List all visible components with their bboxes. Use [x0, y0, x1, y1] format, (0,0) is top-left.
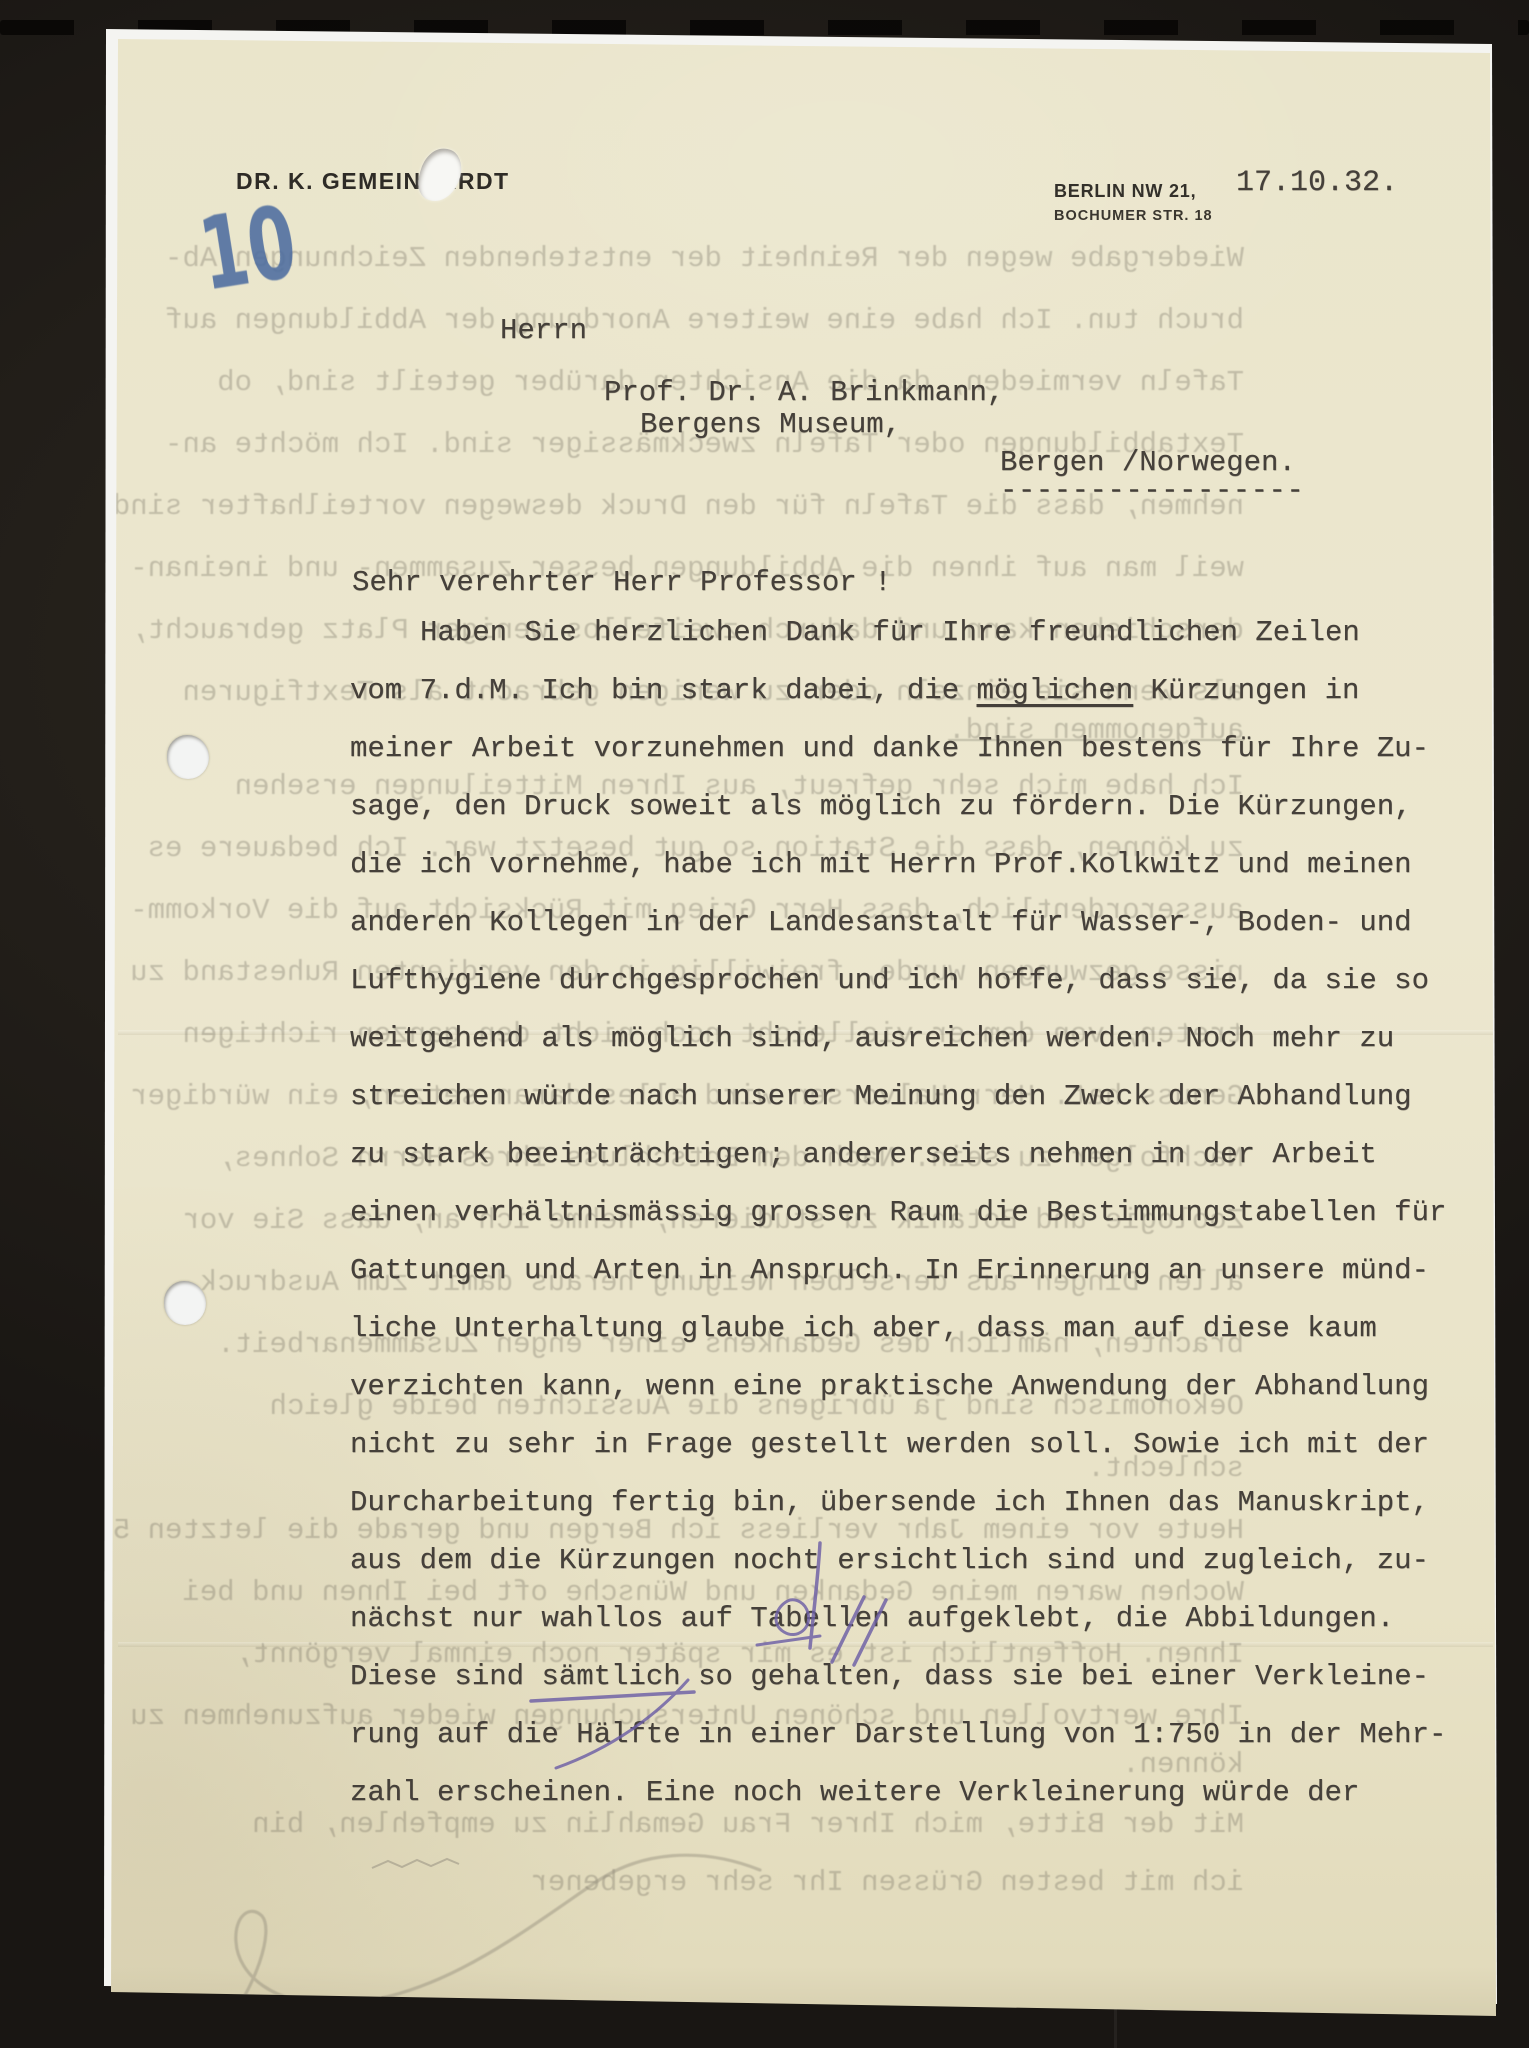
bleedthrough-line: ich mit besten Grüssen Ihr sehr ergebene…	[140, 1866, 1244, 1899]
body-line: nicht zu sehr in Frage gestellt werden s…	[350, 1416, 1510, 1474]
recipient-herrn: Herrn	[500, 314, 587, 347]
body-line: Haben Sie herzlichen Dank für Ihre freun…	[350, 604, 1510, 662]
body-line: Lufthygiene durchgesprochen und ich hoff…	[350, 952, 1510, 1010]
bleedthrough-line: Wiedergabe wegen der Reinheit der entste…	[140, 242, 1244, 275]
body-line: einen verhältnismässig grossen Raum die …	[350, 1184, 1510, 1242]
body-line: zu stark beeinträchtigen; andererseits n…	[350, 1126, 1510, 1184]
recipient-institution: Bergens Museum,	[640, 408, 901, 441]
body-line: vom 7.d.M. Ich bin stark dabei, die mögl…	[350, 662, 1510, 720]
body-line: verzichten kann, wenn eine praktische An…	[350, 1358, 1510, 1416]
body-line: die ich vornehme, habe ich mit Herrn Pro…	[350, 836, 1510, 894]
body-line: Durcharbeitung fertig bin, übersende ich…	[350, 1474, 1510, 1532]
letterhead-street: BOCHUMER STR. 18	[1054, 208, 1213, 224]
typed-date: 17.10.32.	[1236, 166, 1398, 200]
struck-word: sämtlich	[541, 1660, 680, 1693]
crayon-archive-number: 10	[192, 183, 304, 313]
body-line: rung auf die Hälfte in einer Darstellung…	[350, 1706, 1510, 1764]
recipient-underline: -----------------	[1000, 474, 1304, 507]
body-line: anderen Kollegen in der Landesanstalt fü…	[350, 894, 1510, 952]
body-text: Haben Sie herzlichen Dank für Ihre freun…	[350, 604, 1510, 1822]
body-line: meiner Arbeit vorzunehmen und danke Ihne…	[350, 720, 1510, 778]
punch-hole-bottom	[164, 1281, 206, 1325]
body-line: Gattungen und Arten in Anspruch. In Erin…	[350, 1242, 1510, 1300]
body-line: weitgehend als möglich sind, ausreichen …	[350, 1010, 1510, 1068]
body-line: aus dem die Kürzungen nocht ersichtlich …	[350, 1532, 1510, 1590]
bleedthrough-line: bruch tun. Ich habe eine weitere Anordnu…	[140, 304, 1244, 337]
body-line: liche Unterhaltung glaube ich aber, dass…	[350, 1300, 1510, 1358]
paper-damage-spot	[414, 144, 466, 206]
punch-hole-top	[167, 735, 209, 779]
scanned-letter-page: Wiedergabe wegen der Reinheit der entste…	[0, 0, 1529, 2048]
recipient-name: Prof. Dr. A. Brinkmann,	[604, 376, 1004, 409]
letterhead-city: BERLIN NW 21,	[1054, 181, 1196, 202]
body-line: Diese sind sämtlich so gehalten, dass si…	[350, 1648, 1510, 1706]
background-seam	[1114, 2004, 1117, 2048]
body-line: zahl erscheinen. Eine noch weitere Verkl…	[350, 1764, 1510, 1822]
salutation-line: Sehr verehrter Herr Professor !	[352, 566, 892, 599]
body-line: streichen würde nach unserer Meinung den…	[350, 1068, 1510, 1126]
body-line: nächst nur wahllos auf Tabellen aufgekle…	[350, 1590, 1510, 1648]
body-line: sage, den Druck soweit als möglich zu fö…	[350, 778, 1510, 836]
letter-paper: Wiedergabe wegen der Reinheit der entste…	[0, 0, 1529, 2048]
